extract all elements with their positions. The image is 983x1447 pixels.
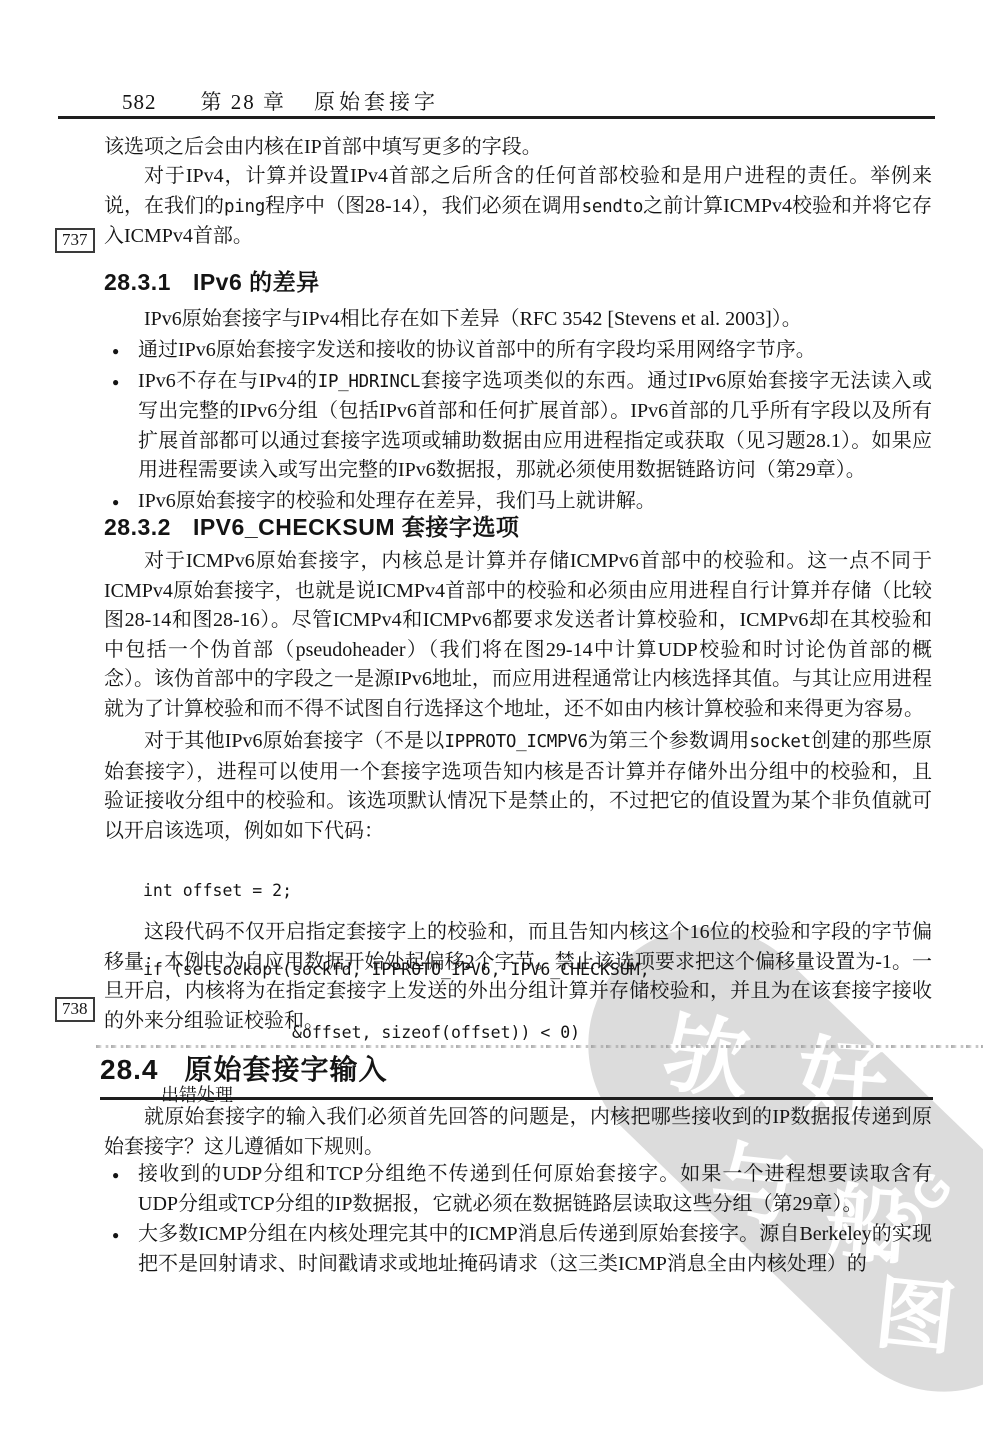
- section-title: 原始套接字输入: [185, 1054, 388, 1085]
- section-number: 28.4: [100, 1054, 159, 1085]
- section-heading-284: 28.4原始套接字输入: [100, 1048, 933, 1100]
- paragraph: IPv6原始套接字与IPv4相比存在如下差异（RFC 3542 [Stevens…: [104, 305, 932, 335]
- list-item: IPv6不存在与IPv4的IP_HDRINCL套接字选项类似的东西。通过IPv6…: [138, 367, 932, 486]
- paragraph: 对于IPv4，计算并设置IPv4首部之后所含的任何首部校验和是用户进程的责任。举…: [104, 162, 932, 252]
- section-heading-2832: 28.3.2IPV6_CHECKSUM 套接字选项: [104, 509, 519, 542]
- section-number: 28.3.1: [104, 269, 171, 295]
- paragraph: 就原始套接字的输入我们必须首先回答的问题是，内核把哪些接收到的IP数据报传递到原…: [104, 1103, 932, 1162]
- bullet-list: 通过IPv6原始套接字发送和接收的协议首部中的所有字段均采用网络字节序。 IPv…: [104, 336, 932, 517]
- section-title: IPv6 的差异: [193, 269, 320, 295]
- paragraph: 对于其他IPv6原始套接字（不是以IPPROTO_ICMPV6为第三个参数调用s…: [104, 727, 932, 846]
- list-item: 大多数ICMP分组在内核处理完其中的ICMP消息后传递到原始套接字。源自Berk…: [138, 1220, 932, 1279]
- list-item: 通过IPv6原始套接字发送和接收的协议首部中的所有字段均采用网络字节序。: [138, 336, 932, 366]
- paragraph: 该选项之后会由内核在IP首部中填写更多的字段。: [104, 133, 932, 163]
- section-title: IPV6_CHECKSUM 套接字选项: [193, 514, 519, 540]
- paragraph: 这段代码不仅开启指定套接字上的校验和，而且告知内核这个16位的校验和字段的字节偏…: [104, 918, 932, 1036]
- bullet-list: 接收到的UDP分组和TCP分组绝不传递到任何原始套接字。如果一个进程想要读取含有…: [104, 1160, 932, 1280]
- section-heading-2831: 28.3.1IPv6 的差异: [104, 264, 320, 297]
- paragraph: 对于ICMPv6原始套接字，内核总是计算并存储ICMPv6首部中的校验和。这一点…: [104, 547, 932, 724]
- code-line: int offset = 2;: [143, 880, 923, 901]
- book-page: 欤 好 与 船 图 PDG 582 第 28 章 原始套接字 737 738 该…: [0, 0, 983, 1447]
- section-number: 28.3.2: [104, 514, 171, 540]
- list-item: 接收到的UDP分组和TCP分组绝不传递到任何原始套接字。如果一个进程想要读取含有…: [138, 1160, 932, 1219]
